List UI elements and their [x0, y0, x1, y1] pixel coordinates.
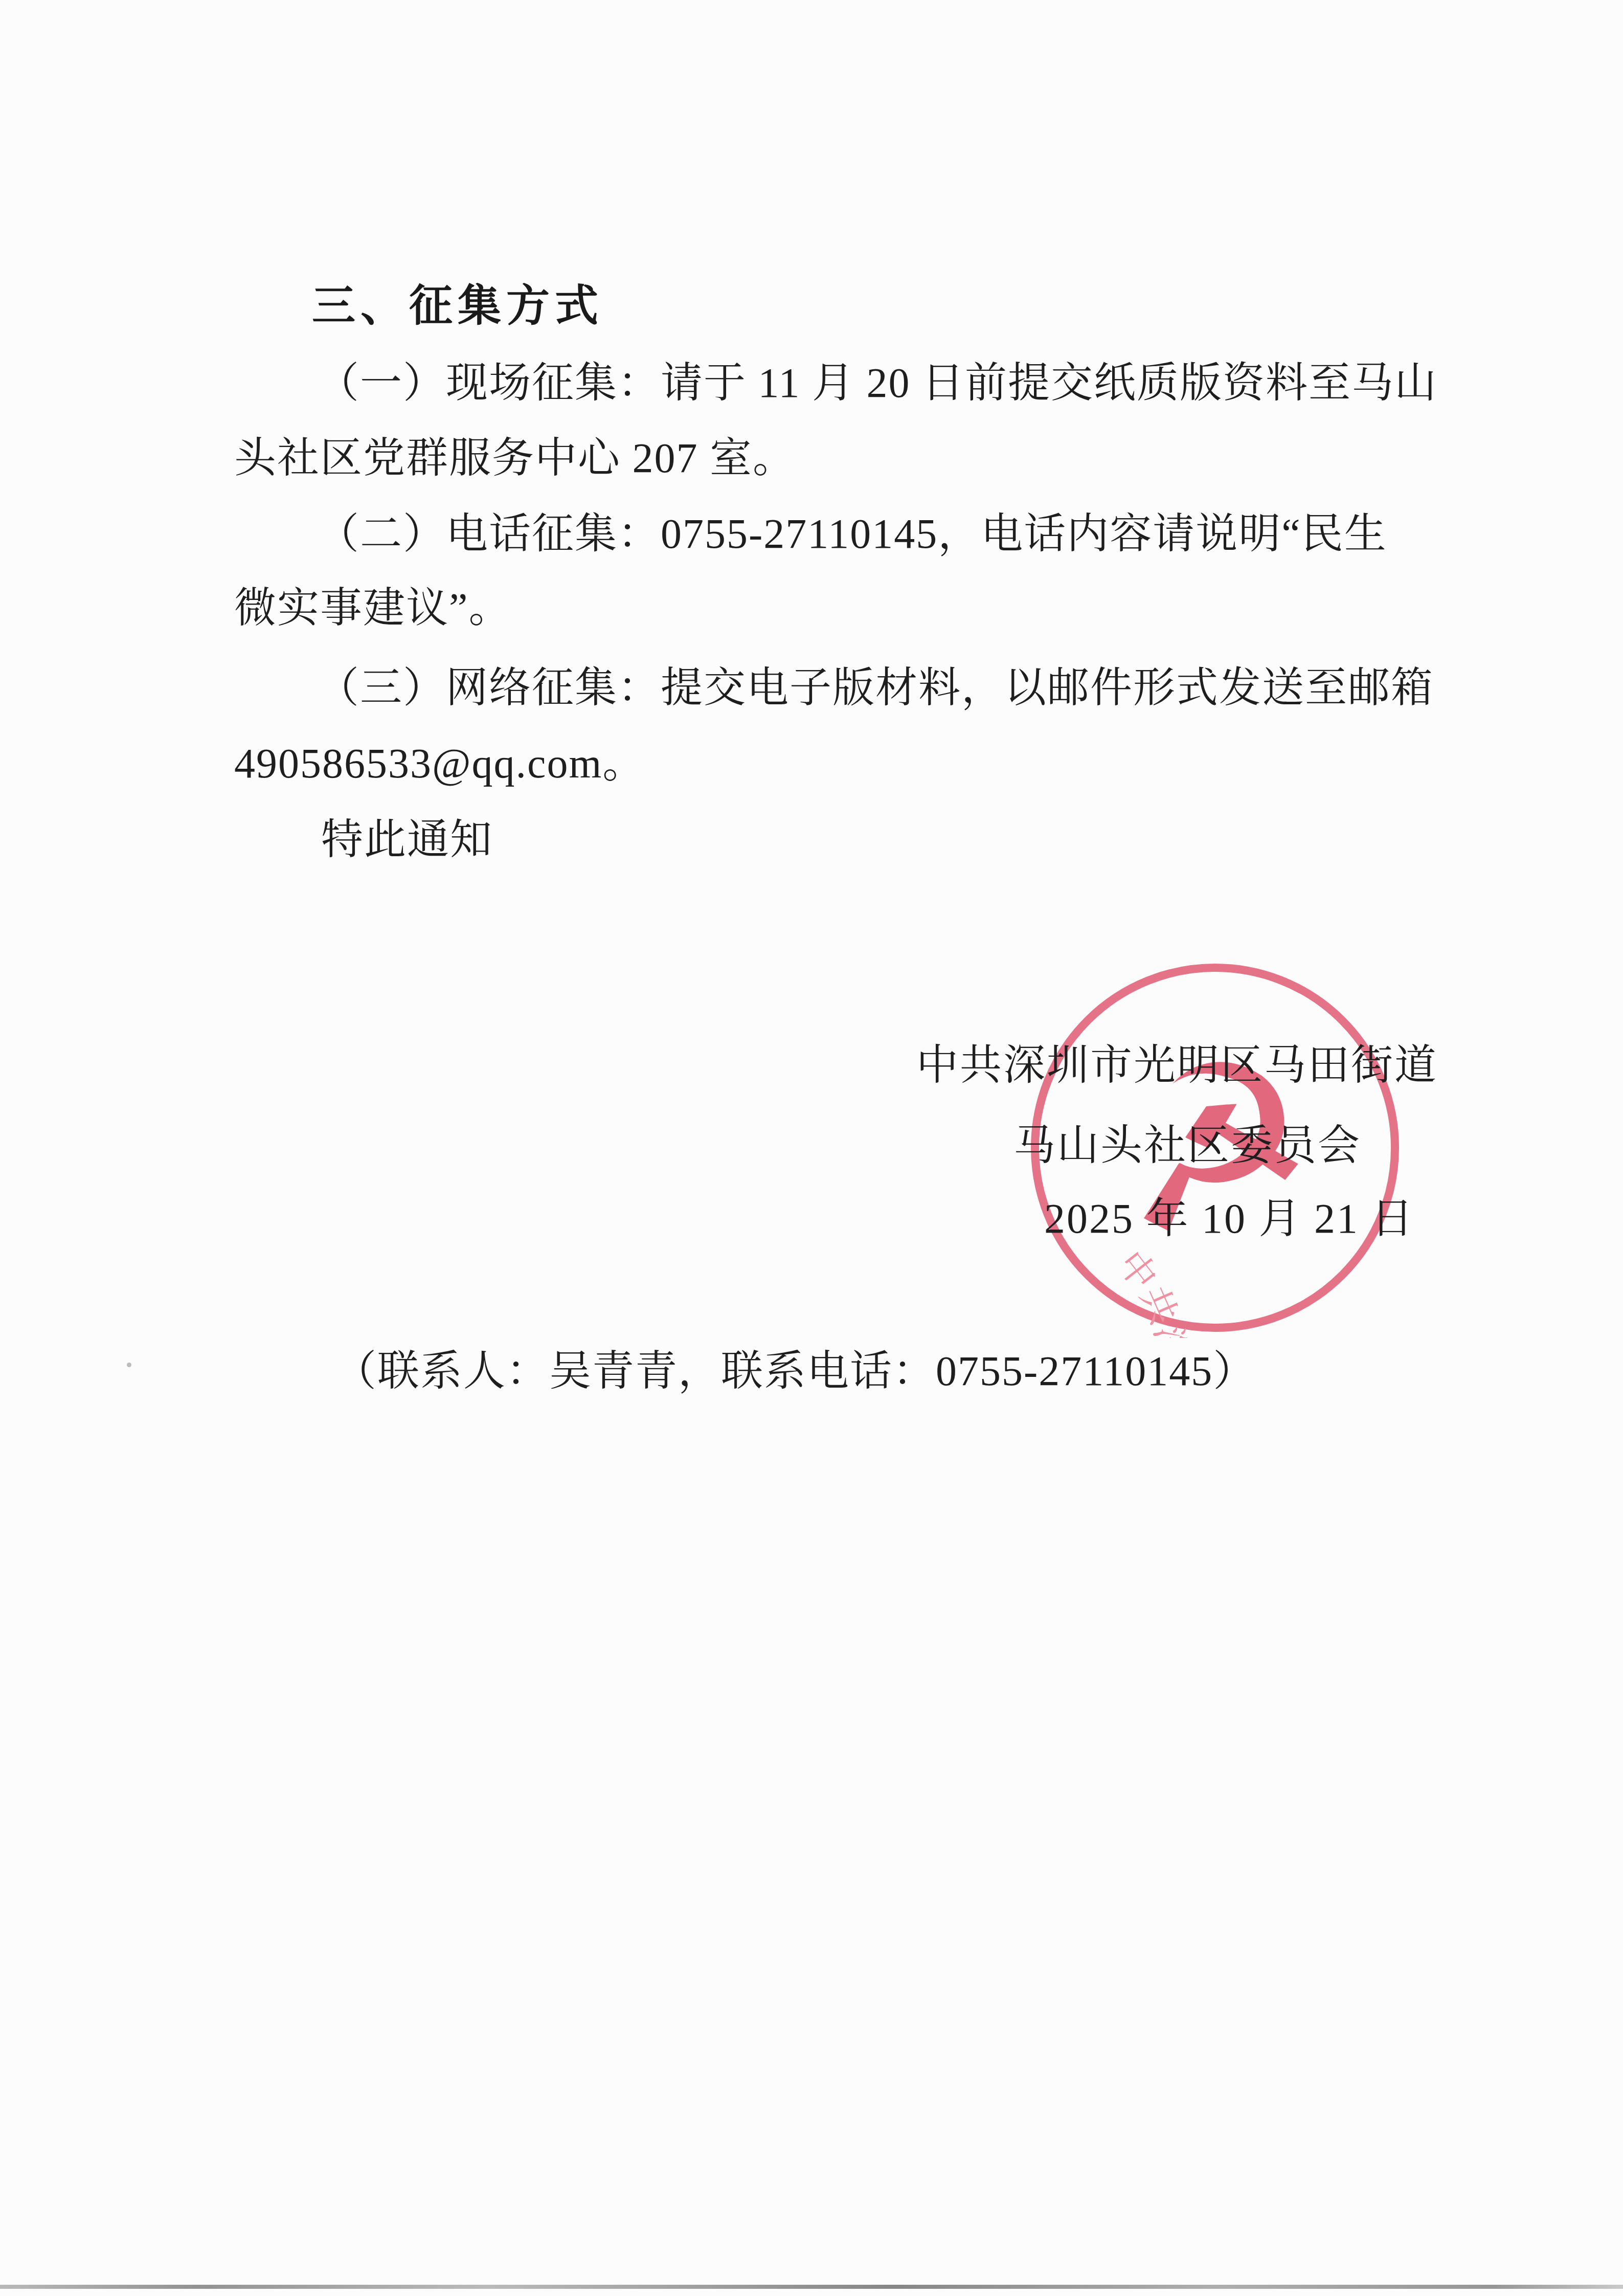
paragraph-online-collection-email: 490586533@qq.com。: [234, 743, 645, 785]
contact-info-line: （联系人：吴青青，联系电话：0755-27110145）: [334, 1350, 1256, 1392]
signature-date-line: 2025 年 10 月 21 日: [1044, 1198, 1415, 1240]
scan-artifact-line: [0, 2285, 1623, 2289]
paragraph-onsite-collection-line2: 头社区党群服务中心 207 室。: [234, 437, 796, 479]
paragraph-online-collection-line1: （三）网络征集：提交电子版材料，以邮件形式发送至邮箱: [317, 667, 1434, 709]
closing-notice-line: 特此通知: [321, 819, 493, 861]
paragraph-onsite-collection-line1: （一）现场征集：请于 11 月 20 日前提交纸质版资料至马山: [317, 362, 1437, 404]
signature-org-line1: 中共深圳市光明区马田街道: [916, 1044, 1438, 1086]
scan-speckle-artifact: [127, 1363, 131, 1367]
paragraph-phone-collection-line2: 微实事建议”。: [234, 587, 511, 629]
signature-org-line2: 马山头社区委员会: [1013, 1125, 1361, 1167]
scanned-notice-page: 三、征集方式 （一）现场征集：请于 11 月 20 日前提交纸质版资料至马山 头…: [0, 0, 1623, 2296]
section-heading: 三、征集方式: [312, 284, 603, 328]
paragraph-phone-collection-line1: （二）电话征集：0755-27110145，电话内容请说明“民生: [317, 513, 1387, 555]
